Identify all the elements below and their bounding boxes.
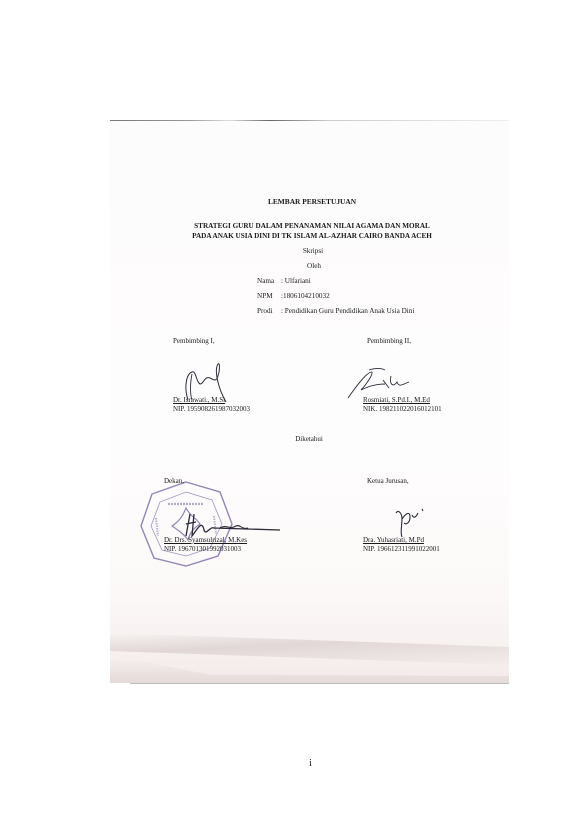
advisor2-id: NIK. 198211022016012101: [363, 406, 442, 413]
dean-role: Dekan,: [164, 478, 184, 485]
by-label: Oleh: [307, 263, 321, 270]
head-signature: [390, 505, 430, 539]
page-number: i: [309, 757, 312, 769]
head-role: Ketua Jurusan,: [367, 478, 409, 485]
head-id: NIP. 196612311991022001: [363, 546, 440, 553]
advisor2-role: Pembimbing II,: [367, 338, 411, 345]
head-name: Dra. Yuhasriati, M.Pd: [363, 537, 424, 544]
document-type: Skripsi: [303, 248, 323, 255]
advisor2-name: Rosmiati, S.Pd.I., M.Ed: [363, 397, 430, 404]
field-value-name: : Ulfariani: [281, 278, 311, 285]
thesis-title-line2: PADA ANAK USIA DINI DI TK ISLAM AL-AZHAR…: [192, 233, 432, 240]
advisor1-role: Pembimbing I,: [173, 338, 215, 345]
field-label-prodi: Prodi: [257, 308, 273, 315]
advisor1-name: Dr. Israwati., M.Si: [173, 397, 225, 404]
page-heading: LEMBAR PERSETUJUAN: [268, 198, 356, 205]
thesis-title-line1: STRATEGI GURU DALAM PENANAMAN NILAI AGAM…: [194, 223, 430, 230]
dean-name: Dr. Drs. Syamsulrizal, M.Kes: [164, 537, 247, 544]
field-value-prodi: : Pendidikan Guru Pendidikan Anak Usia D…: [281, 308, 414, 315]
acknowledged-label: Diketahui: [295, 436, 323, 443]
field-label-npm: NPM: [257, 293, 273, 300]
field-value-npm: :1806104210032: [281, 293, 330, 300]
field-label-name: Nama: [257, 278, 274, 285]
advisor1-id: NIP. 195908261987032003: [173, 406, 250, 413]
scan-edge: [130, 683, 509, 684]
dean-id: NIP. 196701301992031003: [164, 546, 241, 553]
